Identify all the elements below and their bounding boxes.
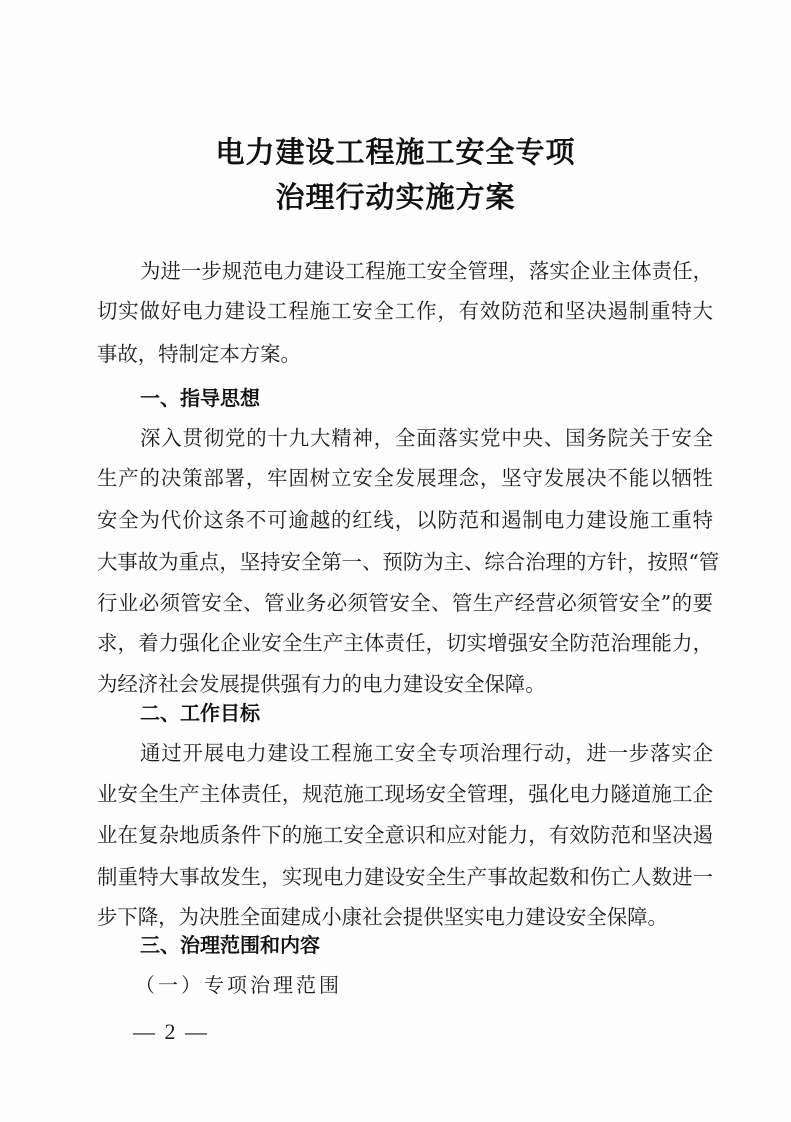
section-1-line-4: 大事故为重点，坚持安全第一、预防为主、综合治理的方针，按照“管: [97, 548, 713, 576]
section-2-line-5: 步下降，为决胜全面建成小康社会提供坚实电力建设安全保障。: [97, 903, 713, 931]
document-title-line-2: 治理行动实施方案: [0, 179, 791, 215]
intro-line-2: 切实做好电力建设工程施工安全工作，有效防范和坚决遏制重特大: [97, 297, 713, 325]
section-1-line-3: 安全为代价这条不可逾越的红线，以防范和遏制电力建设施工重特: [97, 506, 713, 534]
section-2-line-1: 通过开展电力建设工程施工安全专项治理行动，进一步落实企: [140, 739, 713, 767]
intro-line-3: 事故，特制定本方案。: [97, 340, 713, 368]
section-2-line-3: 业在复杂地质条件下的施工安全意识和应对能力，有效防范和坚决遏: [97, 821, 713, 849]
section-2-line-4: 制重特大事故发生，实现电力建设安全生产事故起数和伤亡人数进一: [97, 863, 713, 891]
section-1-line-5: 行业必须管安全、管业务必须管安全、管生产经营必须管安全”的要: [97, 589, 713, 617]
section-heading-work-goals: 二、工作目标: [140, 699, 260, 727]
section-heading-guiding-ideology: 一、指导思想: [140, 384, 260, 412]
section-2-line-2: 业安全生产主体责任，规范施工现场安全管理，强化电力隧道施工企: [97, 780, 713, 808]
intro-line-1: 为进一步规范电力建设工程施工安全管理，落实企业主体责任，: [140, 257, 713, 285]
section-1-line-1: 深入贯彻党的十九大精神，全面落实党中央、国务院关于安全: [140, 424, 713, 452]
section-1-line-2: 生产的决策部署，牢固树立安全发展理念，坚守发展决不能以牺牲: [97, 464, 713, 492]
page-number: — 2 —: [133, 1019, 209, 1045]
section-1-line-7: 为经济社会发展提供强有力的电力建设安全保障。: [97, 670, 713, 698]
subsection-heading-scope: （一）专项治理范围: [135, 971, 342, 999]
document-title-line-1: 电力建设工程施工安全专项: [0, 134, 791, 170]
section-1-line-6: 求，着力强化企业安全生产主体责任，切实增强安全防范治理能力，: [97, 629, 713, 657]
document-page: 电力建设工程施工安全专项 治理行动实施方案 为进一步规范电力建设工程施工安全管理…: [0, 0, 791, 1122]
section-heading-scope-and-content: 三、治理范围和内容: [140, 931, 320, 959]
